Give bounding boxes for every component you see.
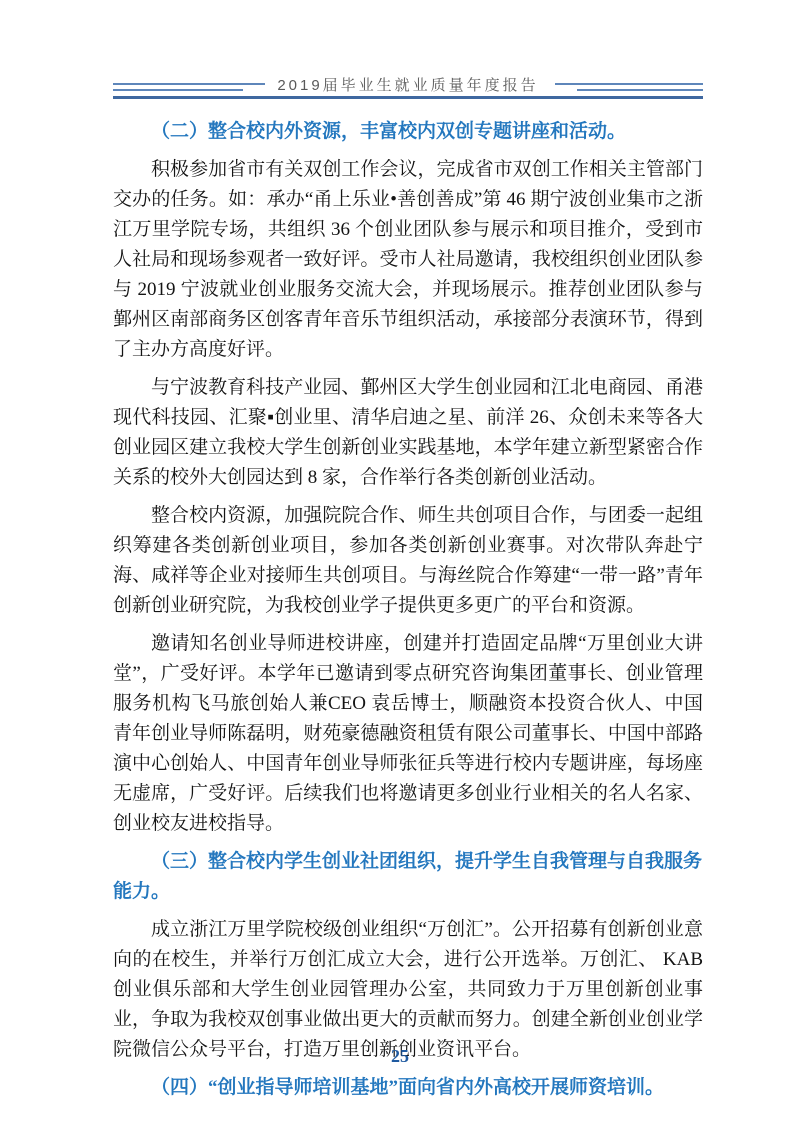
header-rule-underline	[113, 96, 703, 99]
body-paragraph: 积极参加省市有关双创工作会议，完成省市双创工作相关主管部门交办的任务。如：承办“…	[113, 155, 703, 365]
header-title: 2019届毕业生就业质量年度报告	[113, 76, 703, 96]
header-rule-right-top	[555, 83, 703, 85]
section-heading-3: （三）整合校内学生创业社团组织，提升学生自我管理与自我服务能力。	[113, 847, 703, 907]
body-paragraph: 邀请知名创业导师进校讲座，创建并打造固定品牌“万里创业大讲堂”，广受好评。本学年…	[113, 629, 703, 839]
page-header: 2019届毕业生就业质量年度报告	[113, 77, 703, 101]
section-heading-4: （四）“创业指导师培训基地”面向省内外高校开展师资培训。	[113, 1073, 703, 1103]
document-body: （二）整合校内外资源，丰富校内双创专题讲座和活动。 积极参加省市有关双创工作会议…	[113, 117, 703, 1111]
document-page: 2019届毕业生就业质量年度报告 （二）整合校内外资源，丰富校内双创专题讲座和活…	[0, 0, 800, 1131]
body-paragraph: 与宁波教育科技产业园、鄞州区大学生创业园和江北电商园、甬港现代科技园、汇聚▪创业…	[113, 373, 703, 493]
header-rule-right-bottom	[577, 89, 703, 91]
body-paragraph: 成立浙江万里学院校级创业组织“万创汇”。公开招募有创新创业意向的在校生，并举行万…	[113, 915, 703, 1065]
section-heading-2: （二）整合校内外资源，丰富校内双创专题讲座和活动。	[113, 117, 703, 147]
body-paragraph: 整合校内资源，加强院院合作、师生共创项目合作，与团委一起组织筹建各类创新创业项目…	[113, 501, 703, 621]
page-number: 25	[0, 1046, 800, 1067]
